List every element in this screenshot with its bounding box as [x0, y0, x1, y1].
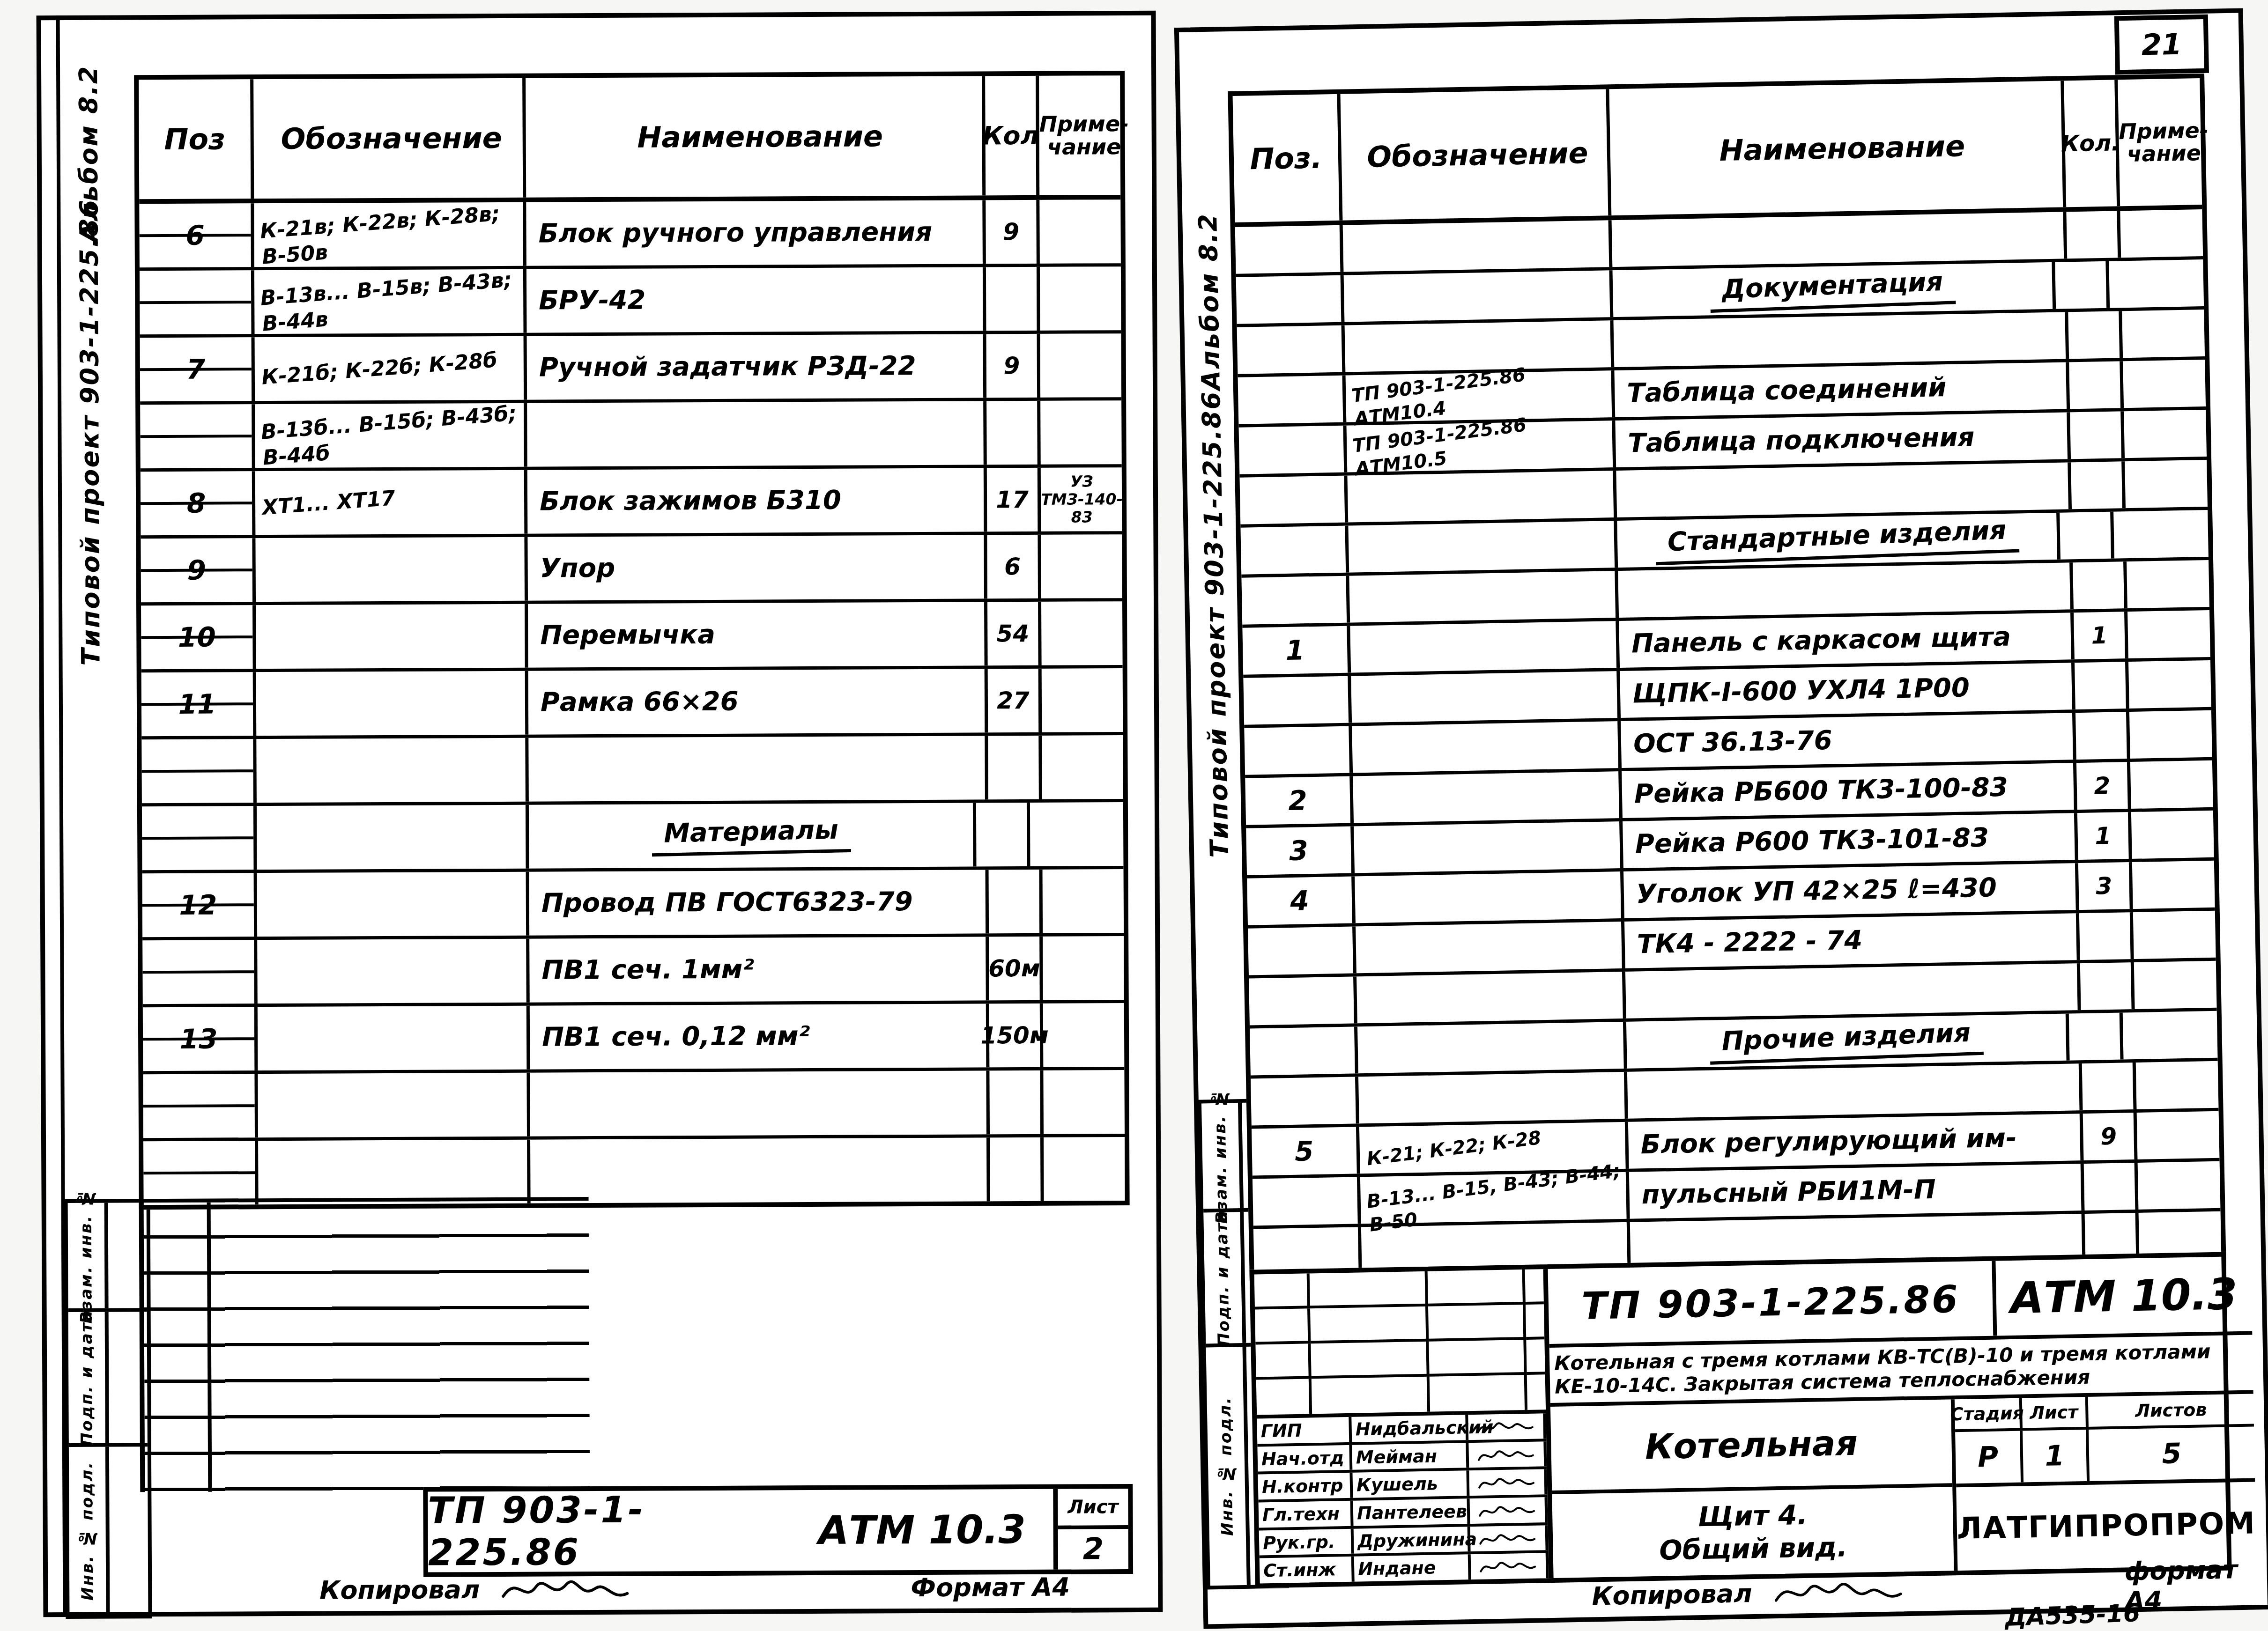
- row-designation: [255, 537, 528, 602]
- signature-name: Кушель: [1352, 1471, 1469, 1498]
- row-note: [1041, 601, 1123, 665]
- handwritten-note: ДА535-16: [2004, 1599, 2141, 1631]
- left-title-block: ТП 903-1-225.86 АТМ 10.3 Лист 2: [423, 1484, 1133, 1577]
- row-name-text: ЩПК-I-600 УХЛ4 1Р00: [1632, 674, 1970, 709]
- row-designation: В-13... В-15, В-43; В-44; В-50: [1360, 1172, 1630, 1224]
- signature-scribble-cell: [1470, 1497, 1548, 1524]
- row-name-text: Панель с каркасом щита: [1631, 623, 2011, 658]
- row-note: [1043, 869, 1124, 933]
- right-doc-code: АТМ 10.3: [1992, 1256, 2253, 1336]
- drawing-title: Щит 4. Общий вид.: [1552, 1483, 1954, 1578]
- row-name: Ручной задатчик РЗД-22: [527, 334, 987, 399]
- row-pos: [140, 270, 255, 334]
- row-qty: [988, 736, 1042, 800]
- row-designation: [1345, 320, 1615, 372]
- margin-project: Типовой проект 903-1-225.86: [63, 175, 117, 690]
- row-designation: [1353, 771, 1623, 823]
- signature-scribble: [1478, 1556, 1539, 1577]
- row-pos: [1239, 426, 1348, 474]
- header-pos: Поз.: [1233, 94, 1343, 222]
- signature-name: Пантелеев: [1353, 1498, 1470, 1526]
- stamp-label: Взам. инв. №: [76, 1188, 96, 1324]
- row-pos: [140, 404, 255, 468]
- row-pos: [1239, 476, 1348, 524]
- row-name: ОСТ 36.13-76: [1621, 713, 2076, 768]
- row-note: [2134, 961, 2217, 1009]
- row-designation: ХТ1... ХТ17: [255, 470, 528, 535]
- row-note: [2109, 259, 2204, 308]
- row-designation: [1356, 922, 1625, 974]
- row-note: [1030, 802, 1124, 866]
- row-qty: 1: [2077, 812, 2132, 860]
- row-name: [530, 1137, 990, 1203]
- row-pos: 7: [140, 337, 255, 401]
- left-spec-table: Поз Обозначение Наименование Кол Приме- …: [134, 71, 1130, 1210]
- row-designation: [258, 1006, 530, 1071]
- row-name-text: Упор: [540, 554, 615, 583]
- signature-scribble: [1475, 1416, 1536, 1437]
- row-name-text: ПВ1 сеч. 0,12 мм²: [542, 1022, 810, 1052]
- row-note: [2131, 811, 2214, 859]
- table-row: 7 К-21б; К-22б; К-28б Ручной задатчик РЗ…: [140, 333, 1122, 405]
- signature-row: Нач.отд Мейман: [1257, 1441, 1547, 1475]
- stamp-label: Взам. инв. №: [1210, 1088, 1231, 1224]
- row-note: [1040, 333, 1122, 398]
- signature-scribble-cell: [1468, 1413, 1546, 1440]
- row-name-text: Провод ПВ ГОСТ6323-79: [541, 887, 913, 918]
- row-pos: [1236, 275, 1345, 324]
- row-qty: 9: [986, 200, 1040, 264]
- row-qty: [2069, 361, 2124, 409]
- stage-value: Р: [1955, 1431, 2023, 1484]
- row-qty: 9: [2083, 1113, 2138, 1160]
- stamp-box: Подп. и дата: [68, 1312, 148, 1447]
- table-row: 6 К-21в; К-22в; К-28в; В-50в Блок ручног…: [139, 199, 1121, 271]
- row-note: [1040, 266, 1121, 331]
- signature-row: Ст.инж Индане: [1260, 1553, 1549, 1583]
- row-name: БРУ-42: [526, 267, 986, 332]
- signature-role: Рук.гр.: [1259, 1528, 1354, 1555]
- right-spec-table: Поз. Обозначение Наименование Кол. Приме…: [1228, 74, 2226, 1281]
- row-name-text: Блок ручного управления: [538, 218, 932, 248]
- row-name-text: Блок регулирующий им-: [1640, 1124, 2017, 1159]
- row-designation: К-21б; К-22б; К-28б: [255, 336, 527, 401]
- row-qty: 27: [988, 669, 1042, 733]
- header-qty: Кол.: [2064, 80, 2120, 207]
- row-note: [1040, 400, 1122, 465]
- row-name-text: Стандартные изделия: [1655, 515, 2019, 565]
- row-designation: [1344, 270, 1614, 322]
- row-name: [1616, 462, 2072, 517]
- table-row: 12 Провод ПВ ГОСТ6323-79: [142, 869, 1124, 940]
- row-note: УЗ ТМЗ-140-83: [1041, 467, 1123, 531]
- row-designation: [1352, 721, 1622, 773]
- row-qty: [2082, 1063, 2137, 1110]
- row-pos: [142, 806, 257, 870]
- left-footer: Копировал Формат А4: [319, 1567, 1070, 1610]
- header-note: Приме- чание: [1039, 75, 1129, 195]
- signature-name: Дружинина: [1354, 1527, 1471, 1554]
- stamp-label: Инв. № подл.: [78, 1461, 97, 1601]
- row-name-text: Блок зажимов Б310: [540, 486, 841, 516]
- header-designation: Обозначение: [1341, 89, 1612, 220]
- row-qty: 150м: [989, 1004, 1044, 1068]
- row-qty: [976, 803, 1030, 867]
- left-table-body: 6 К-21в; К-22в; К-28в; В-50в Блок ручног…: [139, 199, 1125, 1205]
- right-table-body: Документация ТП 903-1-225.86 АТМ10.4 Таб…: [1235, 209, 2222, 1276]
- row-designation: [257, 872, 530, 937]
- row-name: [528, 736, 988, 801]
- signature-role: Ст.инж: [1260, 1557, 1355, 1583]
- row-name: ПВ1 сеч. 1мм²: [529, 937, 989, 1002]
- row-designation: [1349, 571, 1619, 623]
- row-designation: [1354, 821, 1623, 873]
- row-qty: 60м: [989, 937, 1043, 1001]
- row-note: [2137, 1111, 2220, 1159]
- row-name: [1618, 562, 2074, 618]
- row-qty: [2079, 912, 2134, 960]
- row-qty: 9: [986, 334, 1041, 398]
- row-name-text: Материалы: [651, 815, 851, 856]
- signature-name: Мейман: [1352, 1443, 1469, 1470]
- revision-grid: [1254, 1269, 1546, 1418]
- row-qty: [2080, 962, 2135, 1010]
- right-doc-number: ТП 903-1-225.86: [1548, 1261, 1994, 1344]
- signature-scribble: [1475, 1444, 1537, 1465]
- row-designation: [258, 1073, 530, 1138]
- continuation-grid-divider: [207, 1203, 212, 1492]
- row-name: [1625, 963, 2081, 1018]
- project-label: Типовой проект 903-1-225.86: [74, 199, 105, 666]
- row-pos: [141, 739, 257, 803]
- row-qty: [986, 401, 1041, 465]
- title-block-right: ТП 903-1-225.86 АТМ 10.3 Котельная с тре…: [1548, 1256, 2257, 1578]
- signature-role: Нач.отд: [1257, 1445, 1352, 1471]
- signature-scribble-cell: [1471, 1553, 1549, 1579]
- row-designation: [1348, 521, 1618, 573]
- row-designation-text: В-13в... В-15в; В-43в; В-44в: [259, 266, 525, 337]
- table-row: [143, 1070, 1125, 1141]
- row-qty: [2071, 461, 2126, 509]
- row-designation: [1343, 220, 1613, 272]
- row-note: [2122, 310, 2205, 358]
- row-name: Таблица подключения: [1615, 412, 2071, 467]
- row-pos: [1251, 1077, 1359, 1125]
- row-name: [1613, 312, 2069, 367]
- row-name: Материалы: [529, 803, 977, 868]
- stamp-box: Инв. № подл.: [69, 1446, 148, 1615]
- table-row: В-13б... В-15б; В-43б; В-44б: [140, 400, 1122, 472]
- sheet-value: 1: [2023, 1430, 2090, 1483]
- row-qty: [2055, 261, 2110, 309]
- sheet-label: Лист: [1058, 1489, 1128, 1529]
- table-row: ПВ1 сеч. 1мм² 60м: [142, 936, 1124, 1007]
- table-row: Материалы: [142, 802, 1124, 873]
- row-note: [1039, 199, 1121, 264]
- row-name-text: Таблица подключения: [1628, 423, 1975, 458]
- row-designation: [256, 604, 528, 669]
- row-pos: [143, 1074, 258, 1138]
- row-designation: В-13в... В-15в; В-43в; В-44в: [254, 269, 527, 334]
- row-designation: [1358, 1072, 1628, 1124]
- stamp-box: Взам. инв. №: [68, 1203, 147, 1312]
- row-pos: [1240, 526, 1349, 575]
- stamp-label-cell: Взам. инв. №: [1201, 1103, 1244, 1209]
- row-qty: 17: [987, 468, 1041, 532]
- row-name: Уголок УП 42×25 ℓ=430: [1623, 863, 2079, 918]
- row-name: [1612, 212, 2068, 267]
- stamp-label-cell: Подп. и дата: [1203, 1212, 1246, 1344]
- copier-signature: [498, 1570, 639, 1608]
- row-designation: [1357, 1022, 1627, 1074]
- format-label: Формат А4: [911, 1572, 1070, 1602]
- signature-scribble-cell: [1469, 1469, 1547, 1496]
- row-note: [2130, 760, 2213, 809]
- row-pos: 1: [1242, 626, 1351, 675]
- row-pos: 8: [141, 471, 256, 535]
- row-designation: [257, 939, 530, 1004]
- row-qty: [989, 1070, 1044, 1135]
- row-pos: 9: [141, 538, 256, 602]
- header-note: Приме- чание: [2118, 78, 2209, 206]
- header-name: Наименование: [1609, 81, 2066, 215]
- copied-label: Копировал: [319, 1575, 480, 1605]
- row-qty: 6: [987, 535, 1041, 599]
- project-label: Типовой проект 903-1-225.86: [1196, 390, 1234, 858]
- row-qty: 3: [2078, 862, 2133, 910]
- row-pos: [1244, 726, 1353, 775]
- row-qty: [2066, 211, 2121, 258]
- signature-row: Н.контр Кушель: [1258, 1469, 1548, 1502]
- row-note: [1041, 534, 1122, 598]
- row-name-text: Рейка РБ600 ТК3-100-83: [1634, 773, 2008, 809]
- stage-sheet-block: Стадия Лист Листов Р 1 5 ЛАТГИПРОПРОМ: [1955, 1394, 2257, 1571]
- row-note: [2123, 1011, 2218, 1060]
- row-note: [2138, 1161, 2221, 1210]
- row-pos: 12: [142, 873, 258, 937]
- row-name-text: Рейка Р600 ТК3-101-83: [1635, 824, 1989, 859]
- copier-signature: [1771, 1572, 1910, 1611]
- row-pos: [1249, 976, 1357, 1025]
- row-note: [2133, 911, 2216, 959]
- row-pos: 13: [143, 1007, 258, 1071]
- row-qty: [2075, 712, 2130, 760]
- row-name-text: Прочие изделия: [1709, 1018, 1984, 1064]
- object-cell: Котельная Щит 4. Общий вид.: [1550, 1399, 1958, 1578]
- row-name: Блок регулирующий им-: [1628, 1114, 2084, 1169]
- row-pos: 5: [1252, 1127, 1360, 1175]
- row-name: Таблица соединений: [1614, 362, 2070, 417]
- row-name: [527, 401, 987, 466]
- signature-rows: ГИП Нидбальский Нач.отд Мейман Н.контр К…: [1257, 1413, 1549, 1583]
- table-row: [141, 735, 1123, 806]
- row-designation: ТП 903-1-225.86 АТМ10.5: [1346, 421, 1616, 472]
- row-designation-text: К-21б; К-22б; К-28б: [261, 347, 498, 390]
- right-table-header: Поз. Обозначение Наименование Кол. Приме…: [1233, 78, 2202, 227]
- row-qty: [2084, 1163, 2139, 1210]
- row-pos: 3: [1246, 826, 1355, 875]
- row-pos: 2: [1245, 776, 1354, 825]
- row-name-text: ОСТ 36.13-76: [1633, 726, 1832, 759]
- row-qty: 54: [987, 602, 1042, 666]
- row-name-text: Документация: [1709, 267, 1956, 312]
- row-name: Стандартные изделия: [1617, 513, 2060, 568]
- header-qty: Кол: [985, 76, 1039, 195]
- row-name: Рейка РБ600 ТК3-100-83: [1622, 763, 2077, 818]
- left-doc-code: АТМ 10.3: [791, 1489, 1053, 1571]
- row-note: [1043, 936, 1124, 1000]
- row-name: Упор: [527, 535, 987, 600]
- row-note: [2113, 510, 2209, 559]
- left-page: Альбом 8.2 Типовой проект 903-1-225.86 В…: [37, 11, 1163, 1617]
- row-name: [530, 1070, 990, 1136]
- row-pos: [1235, 225, 1344, 274]
- row-name: ПВ1 сеч. 0,12 мм²: [530, 1004, 990, 1069]
- title-block-top-row: ТП 903-1-225.86 АТМ 10.3: [1548, 1256, 2253, 1348]
- row-pos: [1253, 1177, 1361, 1225]
- row-name-text: ТК4 - 2222 - 74: [1637, 926, 1862, 959]
- row-note: [2123, 360, 2206, 408]
- signature-role: Гл.техн: [1259, 1501, 1354, 1528]
- row-name: Провод ПВ ГОСТ6323-79: [529, 870, 989, 935]
- row-designation: [1351, 671, 1621, 723]
- table-row: 10 Перемычка 54: [141, 601, 1123, 672]
- row-pos: 11: [141, 672, 257, 736]
- signature-row: ГИП Нидбальский: [1257, 1413, 1546, 1446]
- row-designation: [1356, 972, 1626, 1024]
- row-note: [2129, 710, 2212, 759]
- row-name-text: Ручной задатчик РЗД-22: [539, 352, 916, 382]
- row-name-text: БРУ-42: [539, 286, 645, 316]
- signature-name: Индане: [1354, 1555, 1471, 1582]
- row-pos: [1241, 576, 1350, 625]
- signature-role: ГИП: [1257, 1417, 1352, 1444]
- row-name: пульсный РБИ1М-П: [1629, 1164, 2085, 1219]
- signature-row: Рук.гр. Дружинина: [1259, 1525, 1549, 1558]
- copied-label: Копировал: [1592, 1579, 1752, 1611]
- row-name-text: Рамка 66×26: [541, 687, 739, 717]
- row-pos: [143, 1141, 259, 1205]
- signature-scribble: [1477, 1499, 1538, 1521]
- row-note: [2127, 560, 2209, 608]
- right-page: 21 Альбом 8.2 Типовой проект 903-1-225.8…: [1174, 8, 2268, 1629]
- sheet-label: Лист: [2022, 1397, 2089, 1428]
- signature-row: Гл.техн Пантелеев: [1259, 1497, 1548, 1530]
- object-name: Котельная: [1550, 1399, 1952, 1491]
- row-note: [1044, 1137, 1125, 1201]
- signature-scribble-cell: [1470, 1525, 1549, 1552]
- stamp-label-cell: Инв. № подл.: [69, 1447, 110, 1615]
- row-designation: [256, 671, 529, 736]
- row-name: Прочие изделия: [1626, 1014, 2070, 1069]
- sheet-value: 2: [1058, 1529, 1128, 1570]
- signature-scribble: [1476, 1472, 1538, 1493]
- table-row: 11 Рамка 66×26 27: [141, 668, 1123, 739]
- row-note: [1042, 735, 1123, 799]
- row-name: Панель с каркасом щита: [1619, 613, 2075, 668]
- stamp-label: Инв. № подл.: [1216, 1396, 1237, 1536]
- row-designation: [256, 738, 529, 803]
- row-note: [2125, 460, 2208, 508]
- row-note: [2124, 410, 2207, 458]
- row-name: Перемычка: [528, 602, 988, 667]
- left-doc-number: ТП 903-1-225.86: [428, 1490, 791, 1572]
- stage-label: Стадия: [1955, 1398, 2023, 1430]
- row-note: [1043, 1070, 1125, 1134]
- signature-scribble: [1477, 1528, 1539, 1549]
- row-name-text: Таблица соединений: [1627, 373, 1947, 408]
- row-note: [2120, 209, 2203, 258]
- row-name: Блок ручного управления: [526, 200, 986, 266]
- row-name-text: пульсный РБИ1М-П: [1641, 1175, 1936, 1210]
- stamp-label-cell: Инв. № подл.: [1206, 1347, 1251, 1586]
- page-number-box: 21: [2114, 15, 2209, 75]
- left-sheet-cell: Лист 2: [1053, 1489, 1128, 1570]
- page-number: 21: [2141, 27, 2182, 62]
- row-note: [1042, 668, 1123, 732]
- row-qty: [989, 870, 1043, 934]
- signature-name: Нидбальский: [1351, 1415, 1468, 1442]
- format-label: формат А4: [2124, 1554, 2268, 1616]
- title-block-left: ГИП Нидбальский Нач.отд Мейман Н.контр К…: [1254, 1269, 1554, 1583]
- row-qty: 1: [2074, 612, 2128, 659]
- table-row: 8 ХТ1... ХТ17 Блок зажимов Б310 17 УЗ ТМ…: [141, 467, 1122, 539]
- table-row: 9 Упор 6: [141, 534, 1122, 605]
- row-qty: [2075, 662, 2129, 709]
- row-designation: [1347, 471, 1617, 523]
- title-block-bottom: Котельная Щит 4. Общий вид. Стадия Лист …: [1550, 1394, 2257, 1578]
- row-designation-text: В-13б... В-15б; В-43б; В-44б: [260, 400, 526, 471]
- sheets-label: Листов: [2088, 1394, 2254, 1426]
- stamp-label: Подп. и дата: [1212, 1209, 1233, 1346]
- table-row: [143, 1137, 1125, 1205]
- row-designation: [258, 1140, 531, 1205]
- row-pos: 10: [141, 605, 256, 669]
- row-qty: [2073, 561, 2127, 609]
- row-name: Рейка Р600 ТК3-101-83: [1623, 813, 2078, 868]
- row-qty: [990, 1137, 1044, 1202]
- row-pos: [1243, 676, 1352, 725]
- header-name: Наименование: [526, 76, 986, 197]
- row-name-text: Перемычка: [540, 620, 715, 650]
- row-name: Блок зажимов Б310: [527, 468, 987, 533]
- row-note: [2128, 660, 2211, 708]
- left-table-header: Поз Обозначение Наименование Кол Приме- …: [139, 75, 1120, 204]
- row-name: Рамка 66×26: [528, 669, 988, 734]
- stamp-label: Подп. и дата: [77, 1309, 96, 1446]
- row-qty: [2060, 512, 2114, 560]
- stage-values-row: Р 1 5: [1955, 1426, 2255, 1487]
- row-pos: [1237, 325, 1346, 374]
- row-pos: [1250, 1026, 1358, 1075]
- row-qty: [986, 267, 1040, 331]
- row-name: [1627, 1063, 2083, 1119]
- row-designation-text: ХТ1... ХТ17: [261, 485, 396, 521]
- left-continuation-grid: [139, 1197, 590, 1492]
- row-name: ТК4 - 2222 - 74: [1624, 913, 2080, 968]
- table-row: В-13в... В-15в; В-43в; В-44в БРУ-42: [140, 266, 1121, 338]
- table-row: 13 ПВ1 сеч. 0,12 мм² 150м: [143, 1003, 1125, 1074]
- stamp-label-cell: Подп. и дата: [68, 1312, 109, 1443]
- row-designation: ТП 903-1-225.86 АТМ10.4: [1346, 370, 1616, 422]
- signature-scribble-cell: [1468, 1441, 1547, 1468]
- row-qty: [2069, 1012, 2124, 1060]
- row-qty: 2: [2076, 762, 2131, 810]
- sheets-value: 5: [2089, 1426, 2255, 1481]
- right-title-block: ГИП Нидбальский Нач.отд Мейман Н.контр К…: [1249, 1252, 2231, 1588]
- row-name: ЩПК-I-600 УХЛ4 1Р00: [1620, 663, 2075, 718]
- row-pos: 6: [139, 203, 254, 267]
